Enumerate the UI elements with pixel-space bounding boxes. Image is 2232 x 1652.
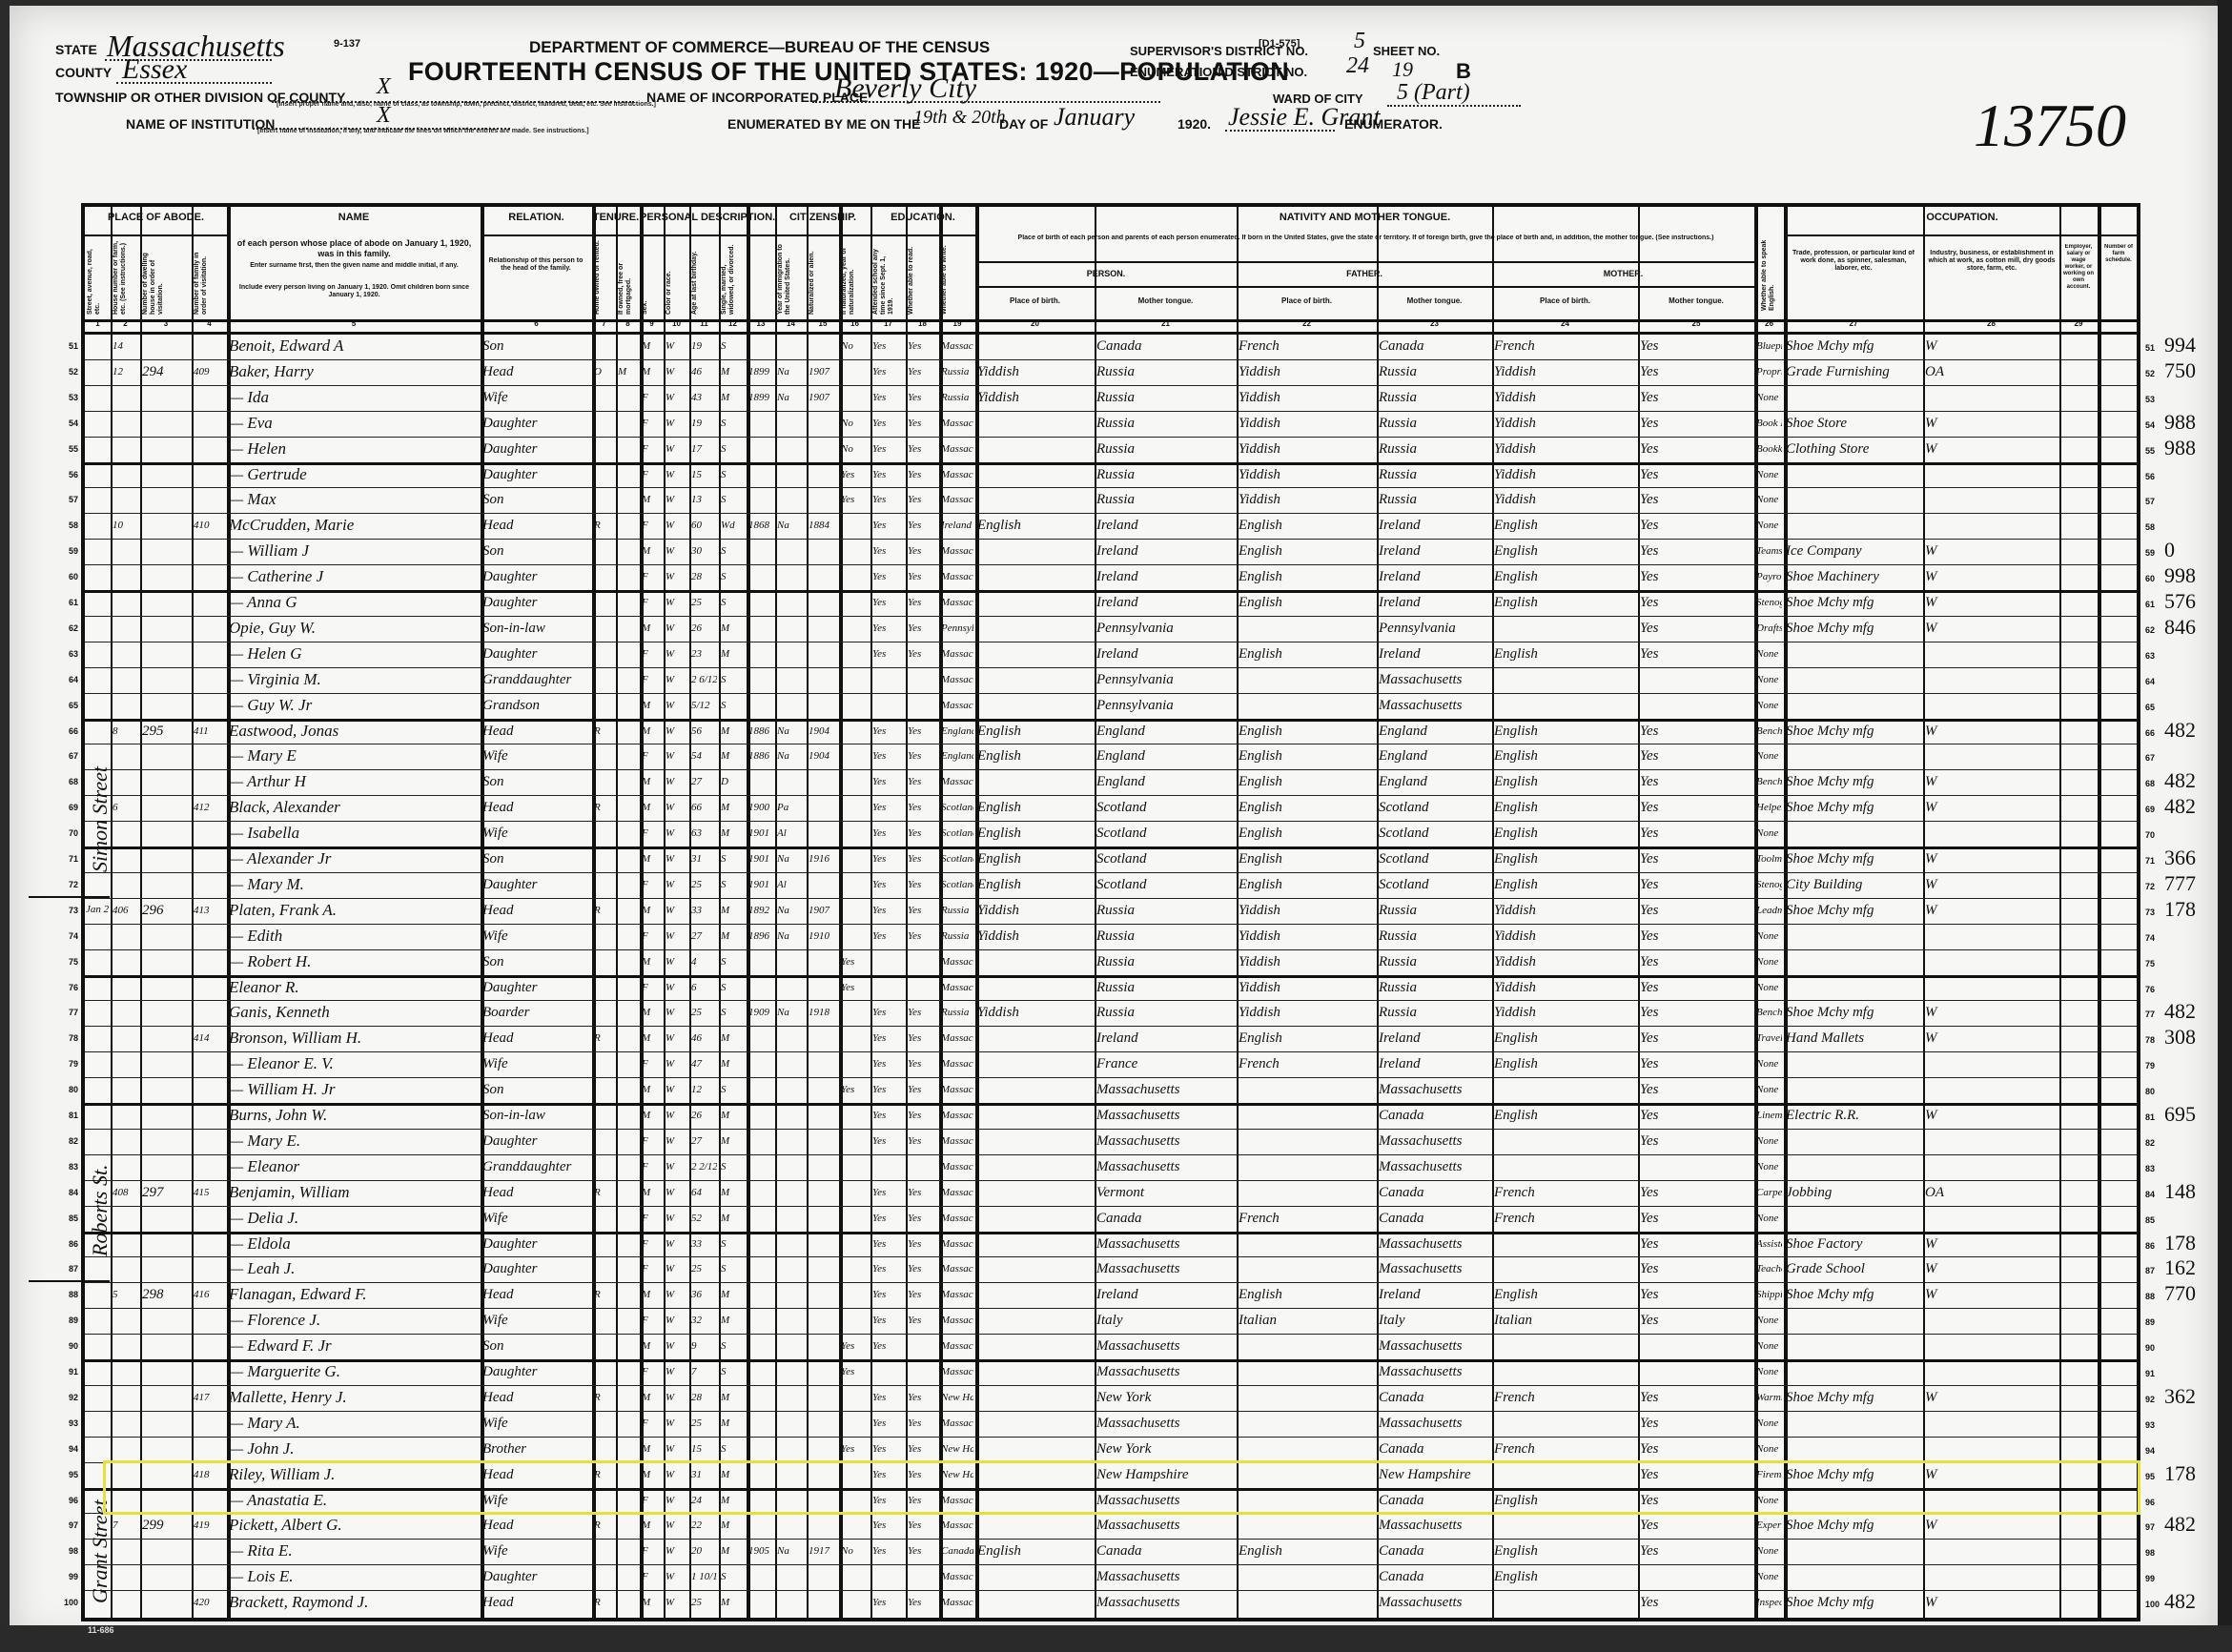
- cell-relation: Wife: [482, 1540, 590, 1562]
- cell-m-tongue: English: [1494, 873, 1636, 896]
- nativity-sub-underline: [975, 286, 1754, 288]
- cell-birth: Massachusetts: [941, 1412, 973, 1435]
- cell-natyr: 1904: [809, 720, 837, 743]
- cell-industry: Shoe Machinery: [1786, 565, 1921, 588]
- line-number: 76: [55, 983, 78, 992]
- cell-employer: W: [1925, 1591, 2058, 1614]
- cell-color: W: [666, 873, 687, 896]
- cell-english: Yes: [1640, 1130, 1752, 1152]
- line-number: 66: [55, 726, 78, 736]
- cell-birth: England: [941, 744, 973, 767]
- line-number: 94: [55, 1444, 78, 1454]
- cell-write: Yes: [908, 617, 937, 640]
- cell-english: Yes: [1640, 1591, 1752, 1614]
- cell-birth: Massachusetts: [941, 1565, 973, 1588]
- cell-f-tongue: Yiddish: [1239, 412, 1375, 435]
- cell-f-birth: England: [1096, 720, 1235, 743]
- cell-house: 12: [113, 360, 138, 383]
- cell-read: Yes: [872, 488, 904, 511]
- cell-immig: 1868: [748, 514, 773, 537]
- cell-school: No: [841, 1540, 869, 1562]
- cell-read: Yes: [872, 1438, 904, 1460]
- cell-marital: M: [721, 925, 745, 948]
- cell-relation: Son: [482, 540, 590, 562]
- cell-write: Yes: [908, 1181, 937, 1204]
- line-number: 57: [55, 495, 78, 504]
- cell-color: W: [666, 360, 687, 383]
- column-number: 12: [719, 319, 747, 328]
- column-number: 23: [1377, 319, 1492, 328]
- cell-m-birth: Ireland: [1379, 540, 1490, 562]
- line-number-right: 51: [2145, 343, 2155, 353]
- line-number: 71: [55, 854, 78, 864]
- cell-m-birth: Massachusetts: [1379, 1233, 1490, 1255]
- cell-m-tongue: Yiddish: [1494, 976, 1636, 999]
- cell-relation: Daughter: [482, 438, 590, 460]
- cell-english: Yes: [1640, 1514, 1752, 1537]
- cell-tongue: English: [977, 873, 1093, 896]
- column-number: 27: [1784, 319, 1923, 328]
- cell-name: — Alexander Jr: [229, 847, 479, 870]
- cell-color: W: [666, 1233, 687, 1255]
- cell-age: 33: [691, 899, 717, 922]
- cell-m-tongue: Yiddish: [1494, 360, 1636, 383]
- cell-relation: Wife: [482, 1207, 590, 1230]
- cell-employer: W: [1925, 770, 2058, 793]
- name-instruction-2: Include every person living on January 1…: [233, 284, 476, 299]
- line-number: 72: [55, 880, 78, 889]
- cell-f-birth: Ireland: [1096, 1027, 1235, 1050]
- cell-relation: Head: [482, 1386, 590, 1409]
- incorporated-place-value: Beverly City: [834, 72, 976, 105]
- state-label: STATE: [55, 42, 97, 57]
- vertical-header-c17: Whether able to read.: [908, 240, 937, 315]
- line-number: 100: [55, 1598, 78, 1607]
- cell-color: W: [666, 1591, 687, 1614]
- cell-birth: Massachusetts: [941, 540, 973, 562]
- occupation-code: 308: [2164, 1026, 2196, 1049]
- cell-sex: F: [642, 1155, 662, 1178]
- cell-m-tongue: English: [1494, 642, 1636, 665]
- cell-name: — Leah J.: [229, 1257, 479, 1280]
- cell-m-birth: Russia: [1379, 386, 1490, 409]
- cell-relation: Daughter: [482, 1130, 590, 1152]
- cell-marital: M: [721, 1412, 745, 1435]
- vertical-header-c18: Whether able to write.: [941, 240, 973, 315]
- cell-relation: Daughter: [482, 1360, 590, 1383]
- cell-immig: 1900: [748, 796, 773, 819]
- cell-tongue: English: [977, 1540, 1093, 1562]
- cell-natyr: 1918: [809, 1001, 837, 1024]
- occupation-code: 576: [2164, 590, 2196, 613]
- cell-age: 23: [691, 642, 717, 665]
- cell-industry: Shoe Store: [1786, 412, 1921, 435]
- line-number: 59: [55, 546, 78, 556]
- line-number-right: 70: [2145, 830, 2155, 840]
- line-number-right: 54: [2145, 420, 2155, 430]
- cell-f-birth: Massachusetts: [1096, 1489, 1235, 1512]
- cell-name: — Florence J.: [229, 1309, 479, 1332]
- line-number: 52: [55, 367, 78, 377]
- line-number-right: 66: [2145, 728, 2155, 738]
- street-name-annotation: Simon Street: [88, 766, 113, 872]
- cell-m-birth: Canada: [1379, 1181, 1490, 1204]
- cell-family: 411: [194, 720, 225, 743]
- cell-natyr: 1916: [809, 847, 837, 870]
- cell-nat: Na: [777, 386, 805, 409]
- line-number-right: 61: [2145, 600, 2155, 609]
- vertical-header-c14: Naturalized or alien.: [809, 240, 837, 315]
- cell-home: R: [594, 514, 614, 537]
- line-number: 51: [55, 341, 78, 351]
- line-number-right: 74: [2145, 933, 2155, 943]
- cell-marital: S: [721, 1335, 745, 1357]
- cell-name: — Mary E.: [229, 1130, 479, 1152]
- line-number: 81: [55, 1111, 78, 1120]
- cell-industry: Electric R.R.: [1786, 1104, 1921, 1127]
- cell-f-birth: Scotland: [1096, 847, 1235, 870]
- cell-read: Yes: [872, 847, 904, 870]
- cell-m-birth: Russia: [1379, 463, 1490, 486]
- cell-trade: Inspector: [1756, 1591, 1782, 1614]
- cell-age: 27: [691, 1130, 717, 1152]
- cell-birth: Massachusetts: [941, 770, 973, 793]
- cell-name: Pickett, Albert G.: [229, 1514, 479, 1537]
- cell-age: 56: [691, 720, 717, 743]
- cell-color: W: [666, 1001, 687, 1024]
- cell-write: Yes: [908, 1078, 937, 1101]
- cell-age: 19: [691, 412, 717, 435]
- cell-trade: None: [1756, 1412, 1782, 1435]
- group-underline: [775, 235, 870, 236]
- cell-f-tongue: Yiddish: [1239, 976, 1375, 999]
- cell-nat: Na: [777, 514, 805, 537]
- department-heading: DEPARTMENT OF COMMERCE—BUREAU OF THE CEN…: [529, 38, 990, 57]
- cell-trade: Fireman: [1756, 1463, 1782, 1486]
- cell-marital: M: [721, 1540, 745, 1562]
- occupation-code: 0: [2164, 539, 2175, 561]
- cell-marital: S: [721, 1078, 745, 1101]
- cell-f-birth: Pennsylvania: [1096, 668, 1235, 691]
- cell-name: — Eleanor E. V.: [229, 1052, 479, 1075]
- cell-m-birth: Russia: [1379, 412, 1490, 435]
- cell-write: Yes: [908, 642, 937, 665]
- cell-english: Yes: [1640, 1181, 1752, 1204]
- cell-f-tongue: Yiddish: [1239, 1001, 1375, 1024]
- cell-sex: F: [642, 1565, 662, 1588]
- cell-color: W: [666, 335, 687, 357]
- cell-relation: Head: [482, 360, 590, 383]
- cell-age: 46: [691, 360, 717, 383]
- cell-relation: Head: [482, 899, 590, 922]
- line-number: 99: [55, 1572, 78, 1581]
- cell-m-birth: Massachusetts: [1379, 1591, 1490, 1614]
- cell-immig: 1901: [748, 873, 773, 896]
- line-number-right: 90: [2145, 1343, 2155, 1353]
- cell-birth: Massachusetts: [941, 950, 973, 973]
- cell-f-tongue: Yiddish: [1239, 386, 1375, 409]
- cell-tongue: English: [977, 720, 1093, 743]
- cell-sex: F: [642, 1309, 662, 1332]
- cell-age: 7: [691, 1360, 717, 1383]
- cell-m-tongue: French: [1494, 1207, 1636, 1230]
- cell-employer: OA: [1925, 360, 2058, 383]
- cell-name: Benoit, Edward A: [229, 335, 479, 357]
- cell-birth: Massachusetts: [941, 1283, 973, 1306]
- cell-name: — Helen G: [229, 642, 479, 665]
- cell-industry: Shoe Mchy mfg: [1786, 770, 1921, 793]
- cell-marital: M: [721, 1514, 745, 1537]
- cell-english: Yes: [1640, 1540, 1752, 1562]
- line-number-right: 57: [2145, 497, 2155, 506]
- cell-m-birth: Ireland: [1379, 1283, 1490, 1306]
- cell-color: W: [666, 1565, 687, 1588]
- cell-trade: Stenographer: [1756, 873, 1782, 896]
- line-number-right: 62: [2145, 625, 2155, 635]
- cell-house: 406: [113, 899, 138, 922]
- cell-dwelling: 298: [142, 1283, 190, 1306]
- cell-name: Eastwood, Jonas: [229, 720, 479, 743]
- cell-employer: W: [1925, 335, 2058, 357]
- cell-birth: Russia: [941, 360, 973, 383]
- group-underline: [85, 235, 227, 236]
- cell-name: — Mary A.: [229, 1412, 479, 1435]
- line-number-right: 64: [2145, 677, 2155, 686]
- cell-color: W: [666, 668, 687, 691]
- column-number: 15: [807, 319, 839, 328]
- cell-read: Yes: [872, 591, 904, 614]
- nativity-underline: [975, 261, 1754, 263]
- vertical-header-c16: Attended school any time since Sept. 1, …: [872, 240, 904, 315]
- cell-m-tongue: Yiddish: [1494, 925, 1636, 948]
- cell-f-birth: Massachusetts: [1096, 1257, 1235, 1280]
- cell-marital: D: [721, 770, 745, 793]
- column-number: 20: [975, 319, 1095, 328]
- cell-write: Yes: [908, 1489, 937, 1512]
- cell-nat: Na: [777, 720, 805, 743]
- cell-f-tongue: English: [1239, 565, 1375, 588]
- cell-sex: F: [642, 873, 662, 896]
- cell-marital: S: [721, 694, 745, 717]
- cell-trade: Shipping Clerk: [1756, 1283, 1782, 1306]
- cell-birth: Massachusetts: [941, 591, 973, 614]
- vertical-header-c13: Year of immigration to the United States…: [777, 240, 805, 315]
- enumerator-underline: [1225, 130, 1335, 132]
- cell-relation: Head: [482, 1591, 590, 1614]
- cell-age: 15: [691, 1438, 717, 1460]
- county-label: COUNTY: [55, 65, 112, 80]
- cell-name: Brackett, Raymond J.: [229, 1591, 479, 1614]
- cell-f-birth: Massachusetts: [1096, 1104, 1235, 1127]
- cell-birth: Canada: [941, 1540, 973, 1562]
- cell-industry: Grade School: [1786, 1257, 1921, 1280]
- cell-relation: Daughter: [482, 873, 590, 896]
- cell-employer: W: [1925, 1233, 2058, 1255]
- cell-employer: W: [1925, 1104, 2058, 1127]
- cell-m-birth: Scotland: [1379, 847, 1490, 870]
- cell-birth: Massachusetts: [941, 976, 973, 999]
- cell-relation: Wife: [482, 1309, 590, 1332]
- cell-industry: Clothing Store: [1786, 438, 1921, 460]
- cell-sex: M: [642, 1078, 662, 1101]
- ward-underline: [1387, 105, 1521, 107]
- cell-color: W: [666, 1257, 687, 1280]
- cell-name: Burns, John W.: [229, 1104, 479, 1127]
- cell-family: 412: [194, 796, 225, 819]
- cell-m-birth: Canada: [1379, 1540, 1490, 1562]
- county-underline: [116, 82, 272, 84]
- cell-tongue: Yiddish: [977, 386, 1093, 409]
- cell-marital: M: [721, 796, 745, 819]
- cell-color: W: [666, 412, 687, 435]
- cell-employer: W: [1925, 565, 2058, 588]
- line-number: 54: [55, 418, 78, 428]
- cell-trade: Bench Work: [1756, 770, 1782, 793]
- line-number: 79: [55, 1059, 78, 1069]
- cell-f-birth: Canada: [1096, 1207, 1235, 1230]
- cell-m-tongue: English: [1494, 770, 1636, 793]
- farm-schedule-subheading: Number of farm schedule.: [2099, 244, 2138, 264]
- cell-m-birth: Scotland: [1379, 822, 1490, 845]
- cell-employer: W: [1925, 412, 2058, 435]
- cell-relation: Grandson: [482, 694, 590, 717]
- cell-read: Yes: [872, 1078, 904, 1101]
- cell-industry: Shoe Mchy mfg: [1786, 591, 1921, 614]
- line-number-right: 56: [2145, 472, 2155, 481]
- cell-m-birth: Russia: [1379, 925, 1490, 948]
- cell-f-birth: Scotland: [1096, 796, 1235, 819]
- cell-write: Yes: [908, 488, 937, 511]
- cell-english: Yes: [1640, 591, 1752, 614]
- cell-english: Yes: [1640, 335, 1752, 357]
- cell-relation: Son: [482, 1335, 590, 1357]
- cell-name: — Ida: [229, 386, 479, 409]
- cell-employer: W: [1925, 1463, 2058, 1486]
- cell-relation: Son: [482, 1078, 590, 1101]
- cell-birth: Massachusetts: [941, 463, 973, 486]
- cell-m-birth: Russia: [1379, 488, 1490, 511]
- cell-sex: M: [642, 770, 662, 793]
- line-number: 88: [55, 1290, 78, 1299]
- cell-employer: W: [1925, 1514, 2058, 1537]
- cell-home: R: [594, 1027, 614, 1050]
- cell-relation: Head: [482, 1514, 590, 1537]
- line-number: 85: [55, 1214, 78, 1223]
- cell-age: 6: [691, 976, 717, 999]
- line-number: 62: [55, 623, 78, 633]
- cell-age: 5/12: [691, 694, 717, 717]
- cell-f-tongue: French: [1239, 1052, 1375, 1075]
- cell-write: Yes: [908, 1514, 937, 1537]
- column-divider: [2098, 207, 2101, 1618]
- cell-relation: Brother: [482, 1438, 590, 1460]
- cell-school: Yes: [841, 950, 869, 973]
- cell-name: — Virginia M.: [229, 668, 479, 691]
- occupation-code: 482: [2164, 719, 2196, 742]
- cell-age: 54: [691, 744, 717, 767]
- sheet-label: SHEET NO.: [1373, 44, 1440, 58]
- line-number: 86: [55, 1239, 78, 1249]
- cell-trade: None: [1756, 1489, 1782, 1512]
- cell-m-birth: England: [1379, 770, 1490, 793]
- cell-industry: Hand Mallets: [1786, 1027, 1921, 1050]
- cell-marital: M: [721, 1130, 745, 1152]
- cell-sex: F: [642, 438, 662, 460]
- cell-read: Yes: [872, 463, 904, 486]
- cell-trade: None: [1756, 386, 1782, 409]
- cell-trade: Teamster: [1756, 540, 1782, 562]
- cell-m-birth: Massachusetts: [1379, 1360, 1490, 1383]
- cell-m-birth: Massachusetts: [1379, 1130, 1490, 1152]
- cell-nat: Pa: [777, 796, 805, 819]
- cell-relation: Head: [482, 1027, 590, 1050]
- cell-marital: S: [721, 1565, 745, 1588]
- column-number: 24: [1492, 319, 1638, 328]
- line-number: 90: [55, 1341, 78, 1351]
- cell-f-birth: Massachusetts: [1096, 1155, 1235, 1178]
- cell-age: 66: [691, 796, 717, 819]
- line-number: 73: [55, 906, 78, 915]
- cell-age: 12: [691, 1078, 717, 1101]
- cell-sex: M: [642, 1001, 662, 1024]
- cell-house: 5: [113, 1283, 138, 1306]
- cell-trade: Teacher: [1756, 1257, 1782, 1280]
- cell-relation: Head: [482, 796, 590, 819]
- column-number: 22: [1237, 319, 1377, 328]
- employer-subheading: Employer, salary or wage worker, or work…: [2061, 244, 2096, 291]
- cell-sex: M: [642, 1463, 662, 1486]
- cell-english: Yes: [1640, 1489, 1752, 1512]
- cell-nat: Al: [777, 822, 805, 845]
- cell-relation: Daughter: [482, 642, 590, 665]
- cell-f-birth: Russia: [1096, 899, 1235, 922]
- cell-sex: M: [642, 1181, 662, 1204]
- cell-read: Yes: [872, 1591, 904, 1614]
- cell-birth: Russia: [941, 1001, 973, 1024]
- cell-name: — Lois E.: [229, 1565, 479, 1588]
- cell-f-birth: Russia: [1096, 950, 1235, 973]
- line-number: 68: [55, 777, 78, 786]
- cell-birth: Ireland: [941, 514, 973, 537]
- cell-trade: None: [1756, 1360, 1782, 1383]
- cell-age: 4: [691, 950, 717, 973]
- english-subheading: Whether able to speak English.: [1761, 215, 1778, 311]
- county-value: Essex: [122, 53, 187, 86]
- cell-relation: Son: [482, 847, 590, 870]
- cell-relation: Head: [482, 1181, 590, 1204]
- cell-marital: M: [721, 1283, 745, 1306]
- cell-english: Yes: [1640, 1438, 1752, 1460]
- cell-trade: Lineman: [1756, 1104, 1782, 1127]
- cell-english: Yes: [1640, 642, 1752, 665]
- cell-write: Yes: [908, 925, 937, 948]
- cell-f-birth: Massachusetts: [1096, 1565, 1235, 1588]
- cell-school: Yes: [841, 488, 869, 511]
- cell-f-birth: Massachusetts: [1096, 1360, 1235, 1383]
- cell-write: Yes: [908, 873, 937, 896]
- cell-relation: Head: [482, 1463, 590, 1486]
- cell-marital: M: [721, 1181, 745, 1204]
- cell-name: — Helen: [229, 438, 479, 460]
- cell-write: Yes: [908, 770, 937, 793]
- cell-read: Yes: [872, 514, 904, 537]
- cell-f-birth: Ireland: [1096, 642, 1235, 665]
- cell-age: 33: [691, 1233, 717, 1255]
- cell-name: Opie, Guy W.: [229, 617, 479, 640]
- cell-trade: Helper: [1756, 796, 1782, 819]
- group-underline: [870, 235, 975, 236]
- cell-age: 27: [691, 925, 717, 948]
